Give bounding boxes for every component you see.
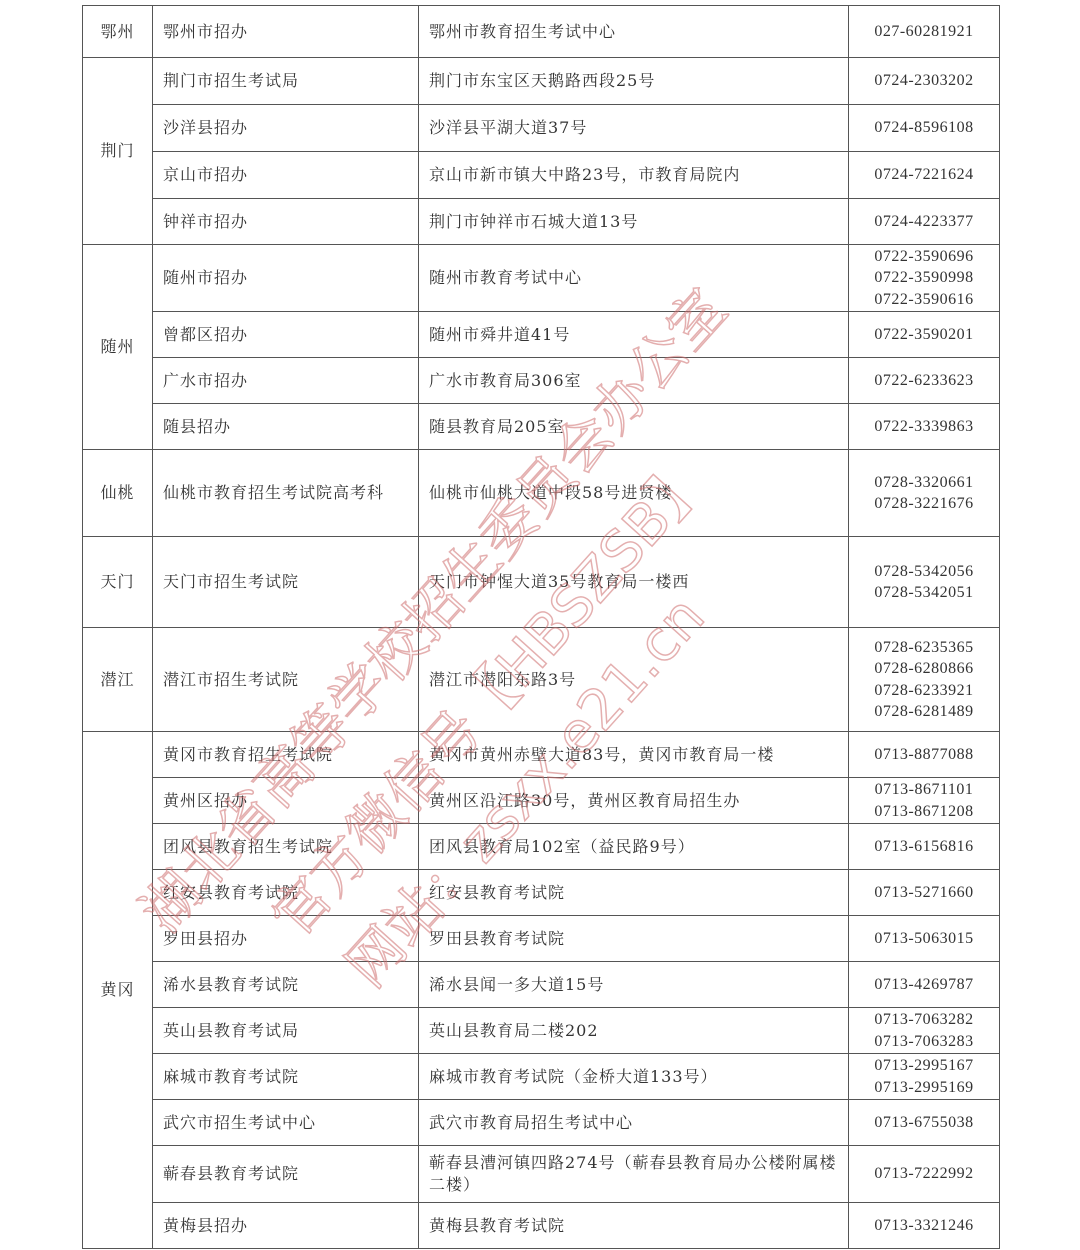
phone-number: 0722-6233623 (849, 370, 999, 392)
region-cell: 随州 (83, 245, 153, 450)
table-row: 随州随州市招办随州市教育考试中心0722-35906960722-3590998… (83, 245, 1000, 312)
phone-cell: 0713-6755038 (849, 1100, 1000, 1146)
table-row: 天门天门市招生考试院天门市钟惺大道35号教育局一楼西0728-534205607… (83, 537, 1000, 628)
address-cell: 武穴市教育局招生考试中心 (419, 1100, 849, 1146)
phone-cell: 0713-8877088 (849, 732, 1000, 778)
table-row: 京山市招办京山市新市镇大中路23号，市教育局院内0724-7221624 (83, 152, 1000, 199)
table-row: 黄冈黄冈市教育招生考试院黄冈市黄州赤壁大道83号，黄冈市教育局一楼0713-88… (83, 732, 1000, 778)
phone-number: 0728-6281489 (849, 701, 999, 723)
organization-cell: 天门市招生考试院 (153, 537, 419, 628)
organization-cell: 麻城市教育考试院 (153, 1054, 419, 1100)
region-cell: 仙桃 (83, 450, 153, 537)
phone-cell: 0724-7221624 (849, 152, 1000, 199)
table-row: 蕲春县教育考试院蕲春县漕河镇四路274号（蕲春县教育局办公楼附属楼二楼）0713… (83, 1146, 1000, 1203)
admissions-office-contact-table: 鄂州鄂州市招办鄂州市教育招生考试中心027-60281921荆门荆门市招生考试局… (82, 5, 1000, 1249)
table-row: 黄州区招办黄州区沿江路30号，黄州区教育局招生办0713-86711010713… (83, 778, 1000, 824)
table-row: 荆门荆门市招生考试局荆门市东宝区天鹅路西段25号0724-2303202 (83, 58, 1000, 105)
address-cell: 广水市教育局306室 (419, 358, 849, 404)
organization-cell: 鄂州市招办 (153, 6, 419, 58)
region-cell: 荆门 (83, 58, 153, 245)
phone-number: 0713-2995167 (849, 1055, 999, 1077)
phone-cell: 0722-35906960722-35909980722-3590616 (849, 245, 1000, 312)
address-cell: 荆门市东宝区天鹅路西段25号 (419, 58, 849, 105)
organization-cell: 武穴市招生考试中心 (153, 1100, 419, 1146)
phone-cell: 0713-3321246 (849, 1203, 1000, 1249)
table-row: 广水市招办广水市教育局306室0722-6233623 (83, 358, 1000, 404)
organization-cell: 京山市招办 (153, 152, 419, 199)
phone-number: 0728-6280866 (849, 658, 999, 680)
phone-number: 0724-7221624 (849, 164, 999, 186)
organization-cell: 罗田县招办 (153, 916, 419, 962)
organization-cell: 曾都区招办 (153, 312, 419, 358)
phone-cell: 0713-86711010713-8671208 (849, 778, 1000, 824)
phone-cell: 0722-3590201 (849, 312, 1000, 358)
phone-number: 0713-3321246 (849, 1215, 999, 1237)
address-cell: 蕲春县漕河镇四路274号（蕲春县教育局办公楼附属楼二楼） (419, 1146, 849, 1203)
phone-cell: 027-60281921 (849, 6, 1000, 58)
phone-number: 0728-6235365 (849, 637, 999, 659)
organization-cell: 荆门市招生考试局 (153, 58, 419, 105)
table-row: 麻城市教育考试院麻城市教育考试院（金桥大道133号）0713-299516707… (83, 1054, 1000, 1100)
address-cell: 团风县教育局102室（益民路9号） (419, 824, 849, 870)
phone-cell: 0713-4269787 (849, 962, 1000, 1008)
phone-number: 0728-6233921 (849, 680, 999, 702)
address-cell: 沙洋县平湖大道37号 (419, 105, 849, 152)
address-cell: 荆门市钟祥市石城大道13号 (419, 199, 849, 245)
address-cell: 罗田县教育考试院 (419, 916, 849, 962)
organization-cell: 英山县教育考试局 (153, 1008, 419, 1054)
table-row: 黄梅县招办黄梅县教育考试院0713-3321246 (83, 1203, 1000, 1249)
phone-number: 0713-5271660 (849, 882, 999, 904)
address-cell: 随州市教育考试中心 (419, 245, 849, 312)
phone-cell: 0713-5063015 (849, 916, 1000, 962)
phone-number: 027-60281921 (849, 21, 999, 43)
organization-cell: 黄梅县招办 (153, 1203, 419, 1249)
phone-number: 0722-3590201 (849, 324, 999, 346)
address-cell: 京山市新市镇大中路23号，市教育局院内 (419, 152, 849, 199)
phone-number: 0728-5342056 (849, 561, 999, 583)
table-row: 钟祥市招办荆门市钟祥市石城大道13号0724-4223377 (83, 199, 1000, 245)
address-cell: 仙桃市仙桃大道中段58号进贤楼 (419, 450, 849, 537)
address-cell: 浠水县闻一多大道15号 (419, 962, 849, 1008)
organization-cell: 钟祥市招办 (153, 199, 419, 245)
table-row: 武穴市招生考试中心武穴市教育局招生考试中心0713-6755038 (83, 1100, 1000, 1146)
phone-number: 0722-3590616 (849, 289, 999, 311)
organization-cell: 随州市招办 (153, 245, 419, 312)
phone-number: 0713-4269787 (849, 974, 999, 996)
phone-number: 0724-8596108 (849, 117, 999, 139)
table-row: 随县招办随县教育局205室0722-3339863 (83, 404, 1000, 450)
phone-cell: 0722-3339863 (849, 404, 1000, 450)
organization-cell: 沙洋县招办 (153, 105, 419, 152)
phone-number: 0724-2303202 (849, 70, 999, 92)
phone-number: 0713-2995169 (849, 1077, 999, 1099)
phone-number: 0713-7063283 (849, 1031, 999, 1053)
region-cell: 鄂州 (83, 6, 153, 58)
phone-cell: 0724-2303202 (849, 58, 1000, 105)
phone-number: 0722-3590696 (849, 246, 999, 268)
address-cell: 英山县教育局二楼202 (419, 1008, 849, 1054)
address-cell: 鄂州市教育招生考试中心 (419, 6, 849, 58)
contact-table-container: 鄂州鄂州市招办鄂州市教育招生考试中心027-60281921荆门荆门市招生考试局… (82, 5, 999, 1249)
address-cell: 红安县教育考试院 (419, 870, 849, 916)
phone-cell: 0728-33206610728-3221676 (849, 450, 1000, 537)
table-row: 团风县教育招生考试院团风县教育局102室（益民路9号）0713-6156816 (83, 824, 1000, 870)
phone-cell: 0722-6233623 (849, 358, 1000, 404)
region-cell: 黄冈 (83, 732, 153, 1249)
phone-number: 0713-8671101 (849, 779, 999, 801)
organization-cell: 团风县教育招生考试院 (153, 824, 419, 870)
address-cell: 麻城市教育考试院（金桥大道133号） (419, 1054, 849, 1100)
table-row: 潜江潜江市招生考试院潜江市潜阳东路3号0728-62353650728-6280… (83, 628, 1000, 732)
organization-cell: 黄冈市教育招生考试院 (153, 732, 419, 778)
phone-number: 0713-8877088 (849, 744, 999, 766)
phone-cell: 0724-4223377 (849, 199, 1000, 245)
phone-number: 0724-4223377 (849, 211, 999, 233)
address-cell: 黄冈市黄州赤壁大道83号，黄冈市教育局一楼 (419, 732, 849, 778)
phone-cell: 0728-53420560728-5342051 (849, 537, 1000, 628)
table-row: 罗田县招办罗田县教育考试院0713-5063015 (83, 916, 1000, 962)
table-body: 鄂州鄂州市招办鄂州市教育招生考试中心027-60281921荆门荆门市招生考试局… (83, 6, 1000, 1249)
table-row: 鄂州鄂州市招办鄂州市教育招生考试中心027-60281921 (83, 6, 1000, 58)
organization-cell: 红安县教育考试院 (153, 870, 419, 916)
region-cell: 潜江 (83, 628, 153, 732)
address-cell: 天门市钟惺大道35号教育局一楼西 (419, 537, 849, 628)
phone-number: 0713-6156816 (849, 836, 999, 858)
organization-cell: 仙桃市教育招生考试院高考科 (153, 450, 419, 537)
phone-number: 0713-6755038 (849, 1112, 999, 1134)
region-cell: 天门 (83, 537, 153, 628)
phone-number: 0722-3590998 (849, 267, 999, 289)
address-cell: 随州市舜井道41号 (419, 312, 849, 358)
phone-number: 0713-7063282 (849, 1009, 999, 1031)
table-row: 沙洋县招办沙洋县平湖大道37号0724-8596108 (83, 105, 1000, 152)
table-row: 红安县教育考试院红安县教育考试院0713-5271660 (83, 870, 1000, 916)
phone-number: 0728-5342051 (849, 582, 999, 604)
organization-cell: 广水市招办 (153, 358, 419, 404)
phone-cell: 0724-8596108 (849, 105, 1000, 152)
address-cell: 潜江市潜阳东路3号 (419, 628, 849, 732)
table-row: 仙桃仙桃市教育招生考试院高考科仙桃市仙桃大道中段58号进贤楼0728-33206… (83, 450, 1000, 537)
table-row: 浠水县教育考试院浠水县闻一多大道15号0713-4269787 (83, 962, 1000, 1008)
phone-cell: 0713-70632820713-7063283 (849, 1008, 1000, 1054)
phone-cell: 0728-62353650728-62808660728-62339210728… (849, 628, 1000, 732)
phone-number: 0713-8671208 (849, 801, 999, 823)
phone-number: 0722-3339863 (849, 416, 999, 438)
organization-cell: 黄州区招办 (153, 778, 419, 824)
phone-cell: 0713-7222992 (849, 1146, 1000, 1203)
phone-number: 0713-7222992 (849, 1163, 999, 1185)
phone-cell: 0713-29951670713-2995169 (849, 1054, 1000, 1100)
organization-cell: 潜江市招生考试院 (153, 628, 419, 732)
organization-cell: 浠水县教育考试院 (153, 962, 419, 1008)
phone-cell: 0713-6156816 (849, 824, 1000, 870)
address-cell: 随县教育局205室 (419, 404, 849, 450)
phone-number: 0728-3221676 (849, 493, 999, 515)
table-row: 英山县教育考试局英山县教育局二楼2020713-70632820713-7063… (83, 1008, 1000, 1054)
organization-cell: 蕲春县教育考试院 (153, 1146, 419, 1203)
organization-cell: 随县招办 (153, 404, 419, 450)
table-row: 曾都区招办随州市舜井道41号0722-3590201 (83, 312, 1000, 358)
address-cell: 黄州区沿江路30号，黄州区教育局招生办 (419, 778, 849, 824)
phone-number: 0713-5063015 (849, 928, 999, 950)
address-cell: 黄梅县教育考试院 (419, 1203, 849, 1249)
phone-cell: 0713-5271660 (849, 870, 1000, 916)
phone-number: 0728-3320661 (849, 472, 999, 494)
